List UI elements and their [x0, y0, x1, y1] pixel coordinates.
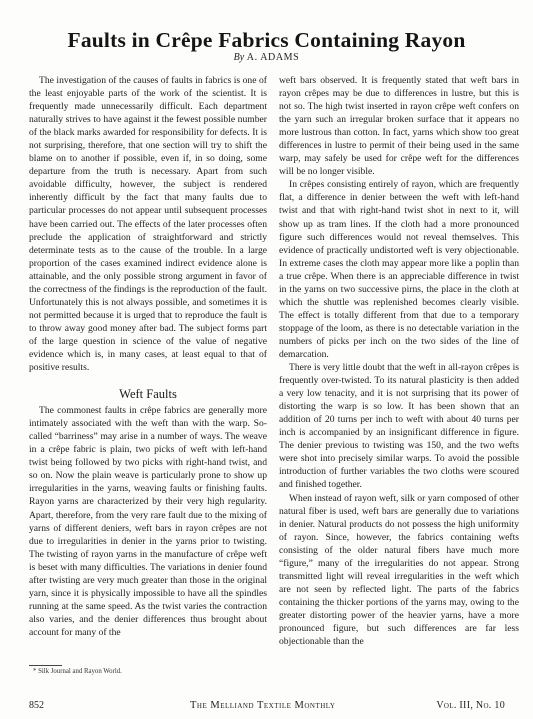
body-paragraph: weft bars observed. It is frequently sta…: [279, 74, 519, 178]
journal-name: The Melliand Textile Monthly: [190, 700, 335, 711]
author-name: A. ADAMS: [247, 52, 300, 63]
weft-faults-paragraph: The commonest faults in crêpe fabrics ar…: [29, 404, 267, 639]
body-paragraph: When instead of rayon weft, silk or yarn…: [279, 492, 519, 649]
issue-label: Vol. III, No. 10: [436, 700, 505, 711]
body-paragraph: In crêpes consisting entirely of rayon, …: [279, 178, 519, 361]
section-heading-weft-faults: Weft Faults: [29, 388, 267, 401]
page-number: 852: [29, 700, 44, 711]
right-column: weft bars observed. It is frequently sta…: [279, 74, 519, 648]
footnote-divider: [29, 665, 62, 666]
intro-paragraph: The investigation of the causes of fault…: [29, 74, 267, 374]
byline: By A. ADAMS: [0, 52, 533, 63]
body-paragraph: There is very little doubt that the weft…: [279, 361, 519, 491]
footnote: * Silk Journal and Rayon World.: [33, 668, 122, 675]
article-title: Faults in Crêpe Fabrics Containing Rayon: [0, 28, 533, 53]
byline-prefix: By: [234, 52, 245, 63]
left-column: The investigation of the causes of fault…: [29, 74, 267, 639]
